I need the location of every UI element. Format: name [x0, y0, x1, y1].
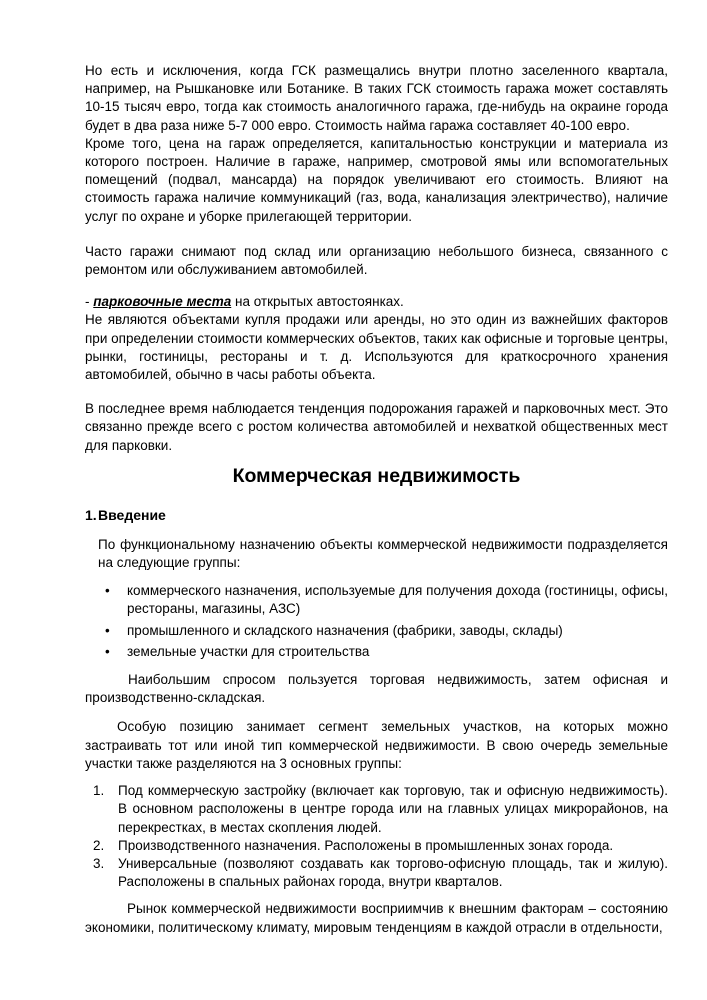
paragraph-functional-purpose: По функциональному назначению объекты ко… [98, 536, 668, 572]
section-number: 1. [85, 506, 98, 525]
numbered-list-land-groups: 1.Под коммерческую застройку (включает к… [85, 782, 668, 891]
list-item-number: 1. [93, 782, 104, 800]
bullet-marker: • [105, 622, 110, 640]
document-page: Но есть и исключения, когда ГСК размещал… [0, 0, 707, 1000]
list-item-text: Под коммерческую застройку (включает как… [118, 783, 668, 834]
section-heading-introduction: 1.Введение [85, 506, 668, 525]
paragraph-price-trend: В последнее время наблюдается тенденция … [85, 400, 668, 455]
section-heading-label: Введение [98, 507, 166, 523]
list-item-number: 3. [93, 855, 104, 873]
bullet-marker: • [105, 643, 110, 661]
paragraph-parking-description: Не являются объектами купля продажи или … [85, 311, 668, 384]
list-item-number: 2. [93, 837, 104, 855]
list-item-text: Производственного назначения. Расположен… [118, 838, 613, 853]
paragraph-market-factors: Рынок коммерческой недвижимости восприим… [85, 900, 668, 936]
parking-term-line: - парковочные места на открытых автостоя… [85, 293, 668, 311]
paragraph-garage-price-factors: Кроме того, цена на гараж определяется, … [85, 135, 668, 226]
bullet-marker: • [105, 582, 110, 600]
dash-prefix: - [85, 294, 93, 309]
parking-term: парковочные места [93, 294, 231, 309]
list-item-text: промышленного и складского назначения (ф… [127, 623, 563, 638]
list-item: •коммерческого назначения, используемые … [85, 582, 668, 618]
parking-term-rest: на открытых автостоянках. [231, 294, 404, 309]
paragraph-garage-rental-use: Часто гаражи снимают под склад или орган… [85, 243, 668, 279]
list-item-text: коммерческого назначения, используемые д… [127, 583, 668, 616]
list-item: 2.Производственного назначения. Располож… [85, 837, 668, 855]
paragraph-land-segment: Особую позицию занимает сегмент земельны… [85, 718, 668, 773]
document-title: Коммерческая недвижимость [85, 463, 668, 489]
list-item-text: Универсальные (позволяют создавать как т… [118, 856, 668, 889]
paragraph-demand: Наибольшим спросом пользуется торговая н… [85, 671, 668, 707]
bullet-list-property-groups: •коммерческого назначения, используемые … [85, 582, 668, 661]
list-item: •земельные участки для строительства [85, 643, 668, 661]
document-content: Но есть и исключения, когда ГСК размещал… [85, 62, 668, 937]
list-item-text: земельные участки для строительства [127, 644, 369, 659]
list-item: •промышленного и складского назначения (… [85, 622, 668, 640]
paragraph-garage-exceptions: Но есть и исключения, когда ГСК размещал… [85, 62, 668, 135]
list-item: 1.Под коммерческую застройку (включает к… [85, 782, 668, 837]
list-item: 3.Универсальные (позволяют создавать как… [85, 855, 668, 891]
